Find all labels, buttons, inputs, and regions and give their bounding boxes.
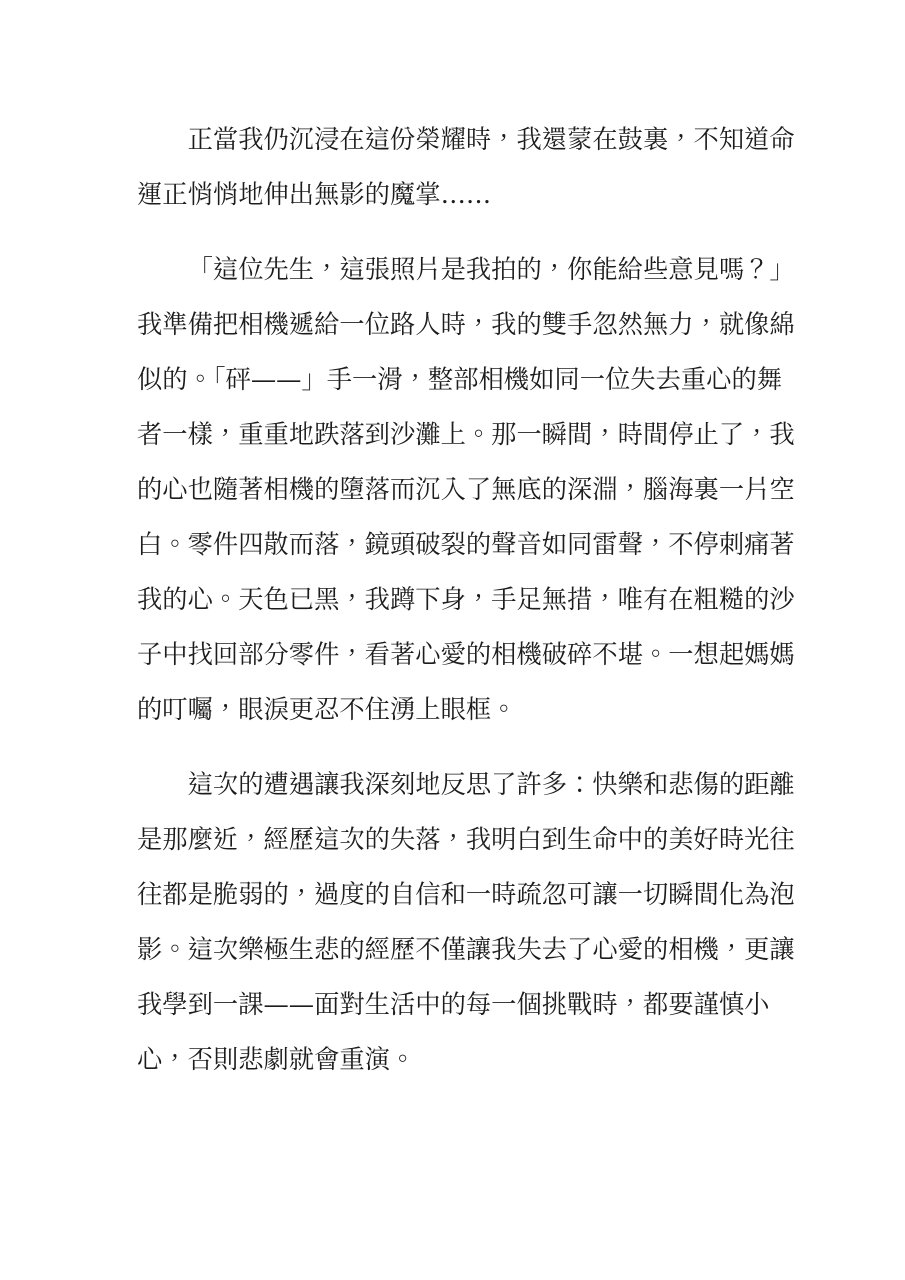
paragraph: 正當我仍沉浸在這份榮耀時，我還蒙在鼓裏，不知道命運正悄悄地伸出無影的魔掌…… bbox=[137, 112, 797, 222]
paragraph: 「這位先生，這張照片是我拍的，你能給些意見嗎？」我準備把相機遞給一位路人時，我的… bbox=[137, 242, 797, 737]
document-page: 正當我仍沉浸在這份榮耀時，我還蒙在鼓裏，不知道命運正悄悄地伸出無影的魔掌…… 「… bbox=[0, 0, 905, 1280]
document-body: 正當我仍沉浸在這份榮耀時，我還蒙在鼓裏，不知道命運正悄悄地伸出無影的魔掌…… 「… bbox=[137, 112, 797, 1087]
paragraph: 這次的遭遇讓我深刻地反思了許多：快樂和悲傷的距離是那麼近，經歷這次的失落，我明白… bbox=[137, 757, 797, 1087]
